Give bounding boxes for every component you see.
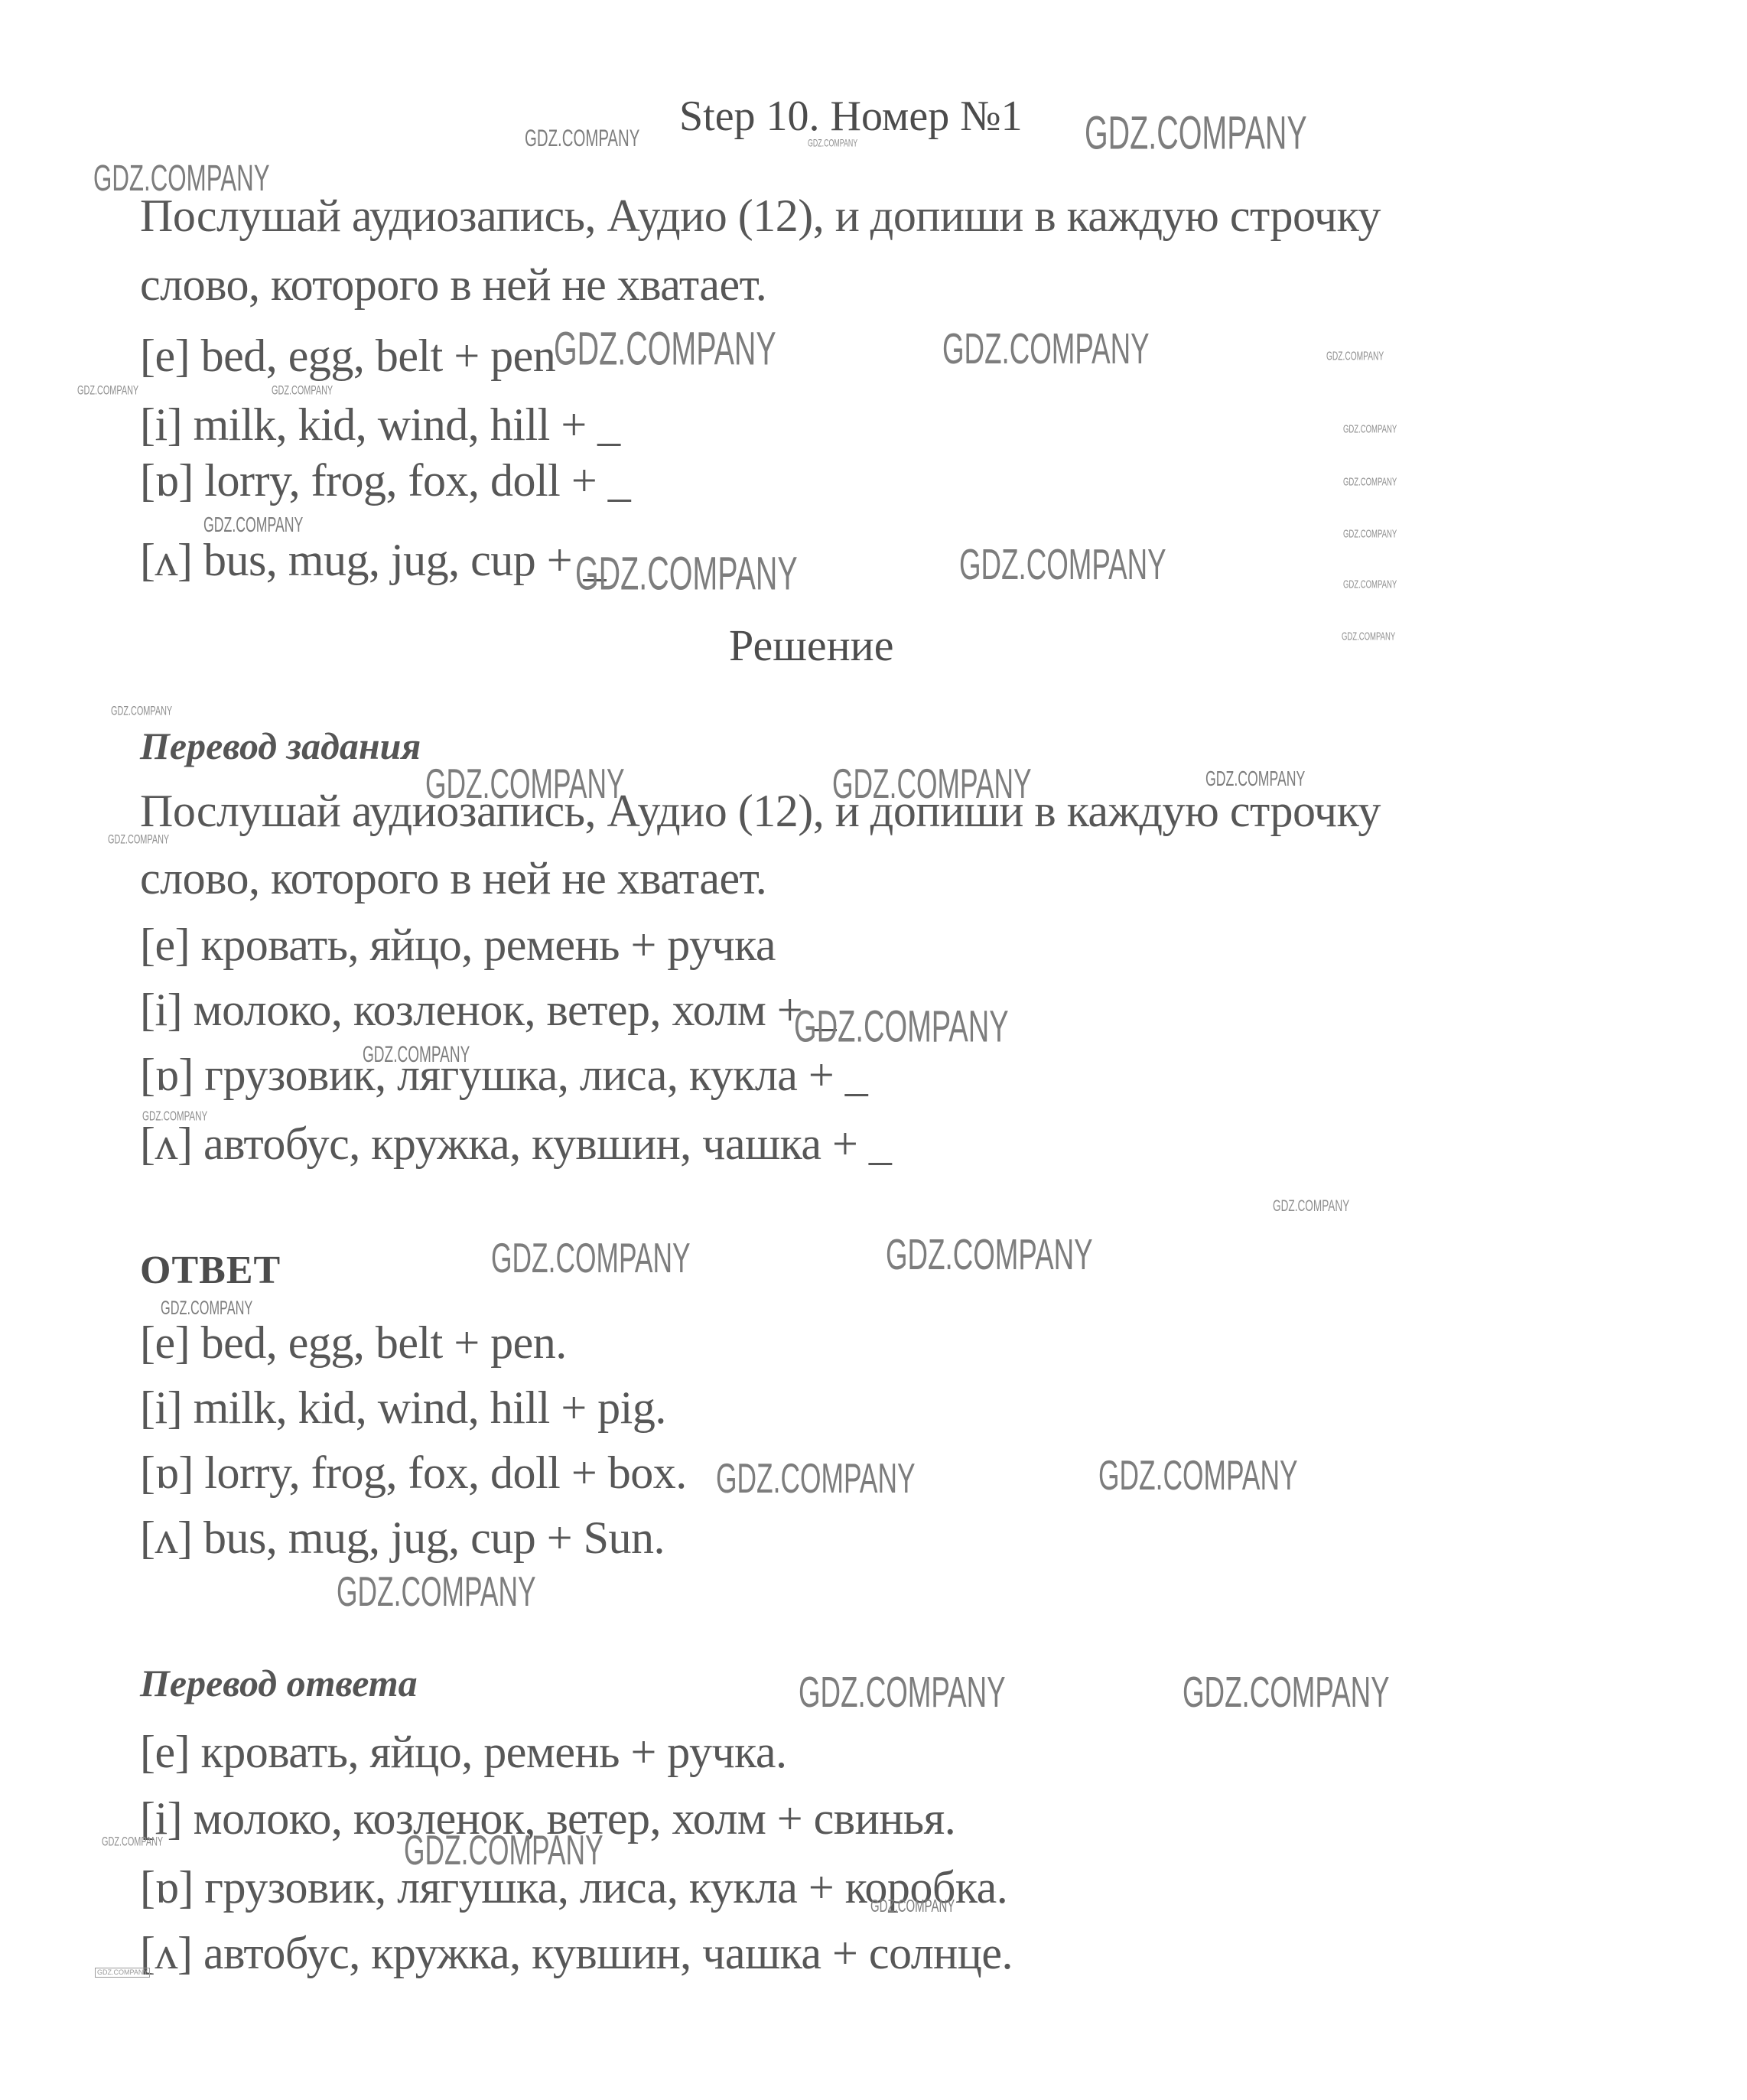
watermark-text: GDZ.COMPANY (959, 543, 1166, 587)
watermark-text: GDZ.COMPANY (799, 1671, 1006, 1714)
watermark-text: GDZ.COMPANY (1085, 110, 1307, 157)
watermark-text: GDZ.COMPANY (886, 1233, 1093, 1277)
watermark-text: GDZ.COMPANY (491, 1238, 691, 1280)
watermark-text: GDZ.COMPANY (1342, 630, 1395, 642)
answer-item-i: [i] milk, kid, wind, hill + pig. (140, 1385, 666, 1431)
watermark-text: GDZ.COMPANY (716, 1458, 916, 1500)
watermark-text: GDZ.COMPANY (554, 326, 776, 373)
task-intro-line1: Послушай аудиозапись, Аудио (12), и допи… (140, 193, 1381, 239)
watermark-text: GDZ.COMPANY (142, 1109, 207, 1123)
answer-translation-item-e: [e] кровать, яйцо, ремень + ручка. (140, 1729, 787, 1775)
watermark-text: GDZ.COMPANY (808, 138, 857, 148)
watermark-text: GDZ.COMPANY (794, 1004, 1009, 1049)
watermark-text: GDZ.COMPANY (575, 551, 798, 597)
task-translation-item-o: [ɒ] грузовик, лягушка, лиса, кукла + _ (140, 1052, 867, 1098)
watermark-text: GDZ.COMPANY (161, 1299, 252, 1318)
task-translation-heading: Перевод задания (140, 727, 421, 765)
watermark-text: GDZ.COMPANY (942, 327, 1150, 371)
watermark-text: GDZ.COMPANY (1273, 1198, 1349, 1214)
watermark-text: GDZ.COMPANY (363, 1043, 470, 1066)
solution-page: Step 10. Номер №1 Послушай аудиозапись, … (0, 0, 1747, 2100)
watermark-text: GDZ.COMPANY (525, 127, 639, 151)
task-intro-line2: слово, которого в ней не хватает. (140, 262, 766, 308)
answer-item-u: [ʌ] bus, mug, jug, cup + Sun. (140, 1515, 665, 1561)
task-translation-item-e: [e] кровать, яйцо, ремень + ручка (140, 922, 776, 968)
watermark-text: GDZ.COMPANY (1343, 476, 1397, 487)
watermark-text: GDZ.COMPANY (1326, 350, 1384, 363)
task-translation-intro-line1: Послушай аудиозапись, Аудио (12), и допи… (140, 788, 1381, 834)
watermark-text: GDZ.COMPANY (102, 1836, 163, 1849)
watermark-text: GDZ.COMPANY (95, 1968, 150, 1978)
solution-heading: Решение (729, 623, 893, 668)
watermark-text: GDZ.COMPANY (203, 514, 303, 535)
watermark-text: GDZ.COMPANY (1205, 768, 1305, 789)
task-translation-item-u: [ʌ] автобус, кружка, кувшин, чашка + _ (140, 1121, 891, 1167)
watermark-text: GDZ.COMPANY (337, 1571, 536, 1613)
watermark-text: GDZ.COMPANY (272, 385, 333, 398)
task-item-o: [ɒ] lorry, frog, fox, doll + _ (140, 457, 630, 503)
watermark-text: GDZ.COMPANY (1098, 1455, 1298, 1497)
watermark-text: GDZ.COMPANY (108, 834, 169, 847)
task-translation-intro-line2: слово, которого в ней не хватает. (140, 855, 766, 901)
answer-item-e: [e] bed, egg, belt + pen. (140, 1320, 567, 1366)
task-translation-item-i: [i] молоко, козленок, ветер, холм + _ (140, 987, 836, 1033)
task-item-u: [ʌ] bus, mug, jug, cup + _ (140, 537, 606, 583)
watermark-text: GDZ.COMPANY (1343, 528, 1397, 539)
task-item-e: [e] bed, egg, belt + pen (140, 333, 555, 379)
watermark-text: GDZ.COMPANY (870, 1897, 955, 1915)
watermark-text: GDZ.COMPANY (832, 763, 1032, 806)
answer-heading: ОТВЕТ (140, 1251, 281, 1291)
watermark-text: GDZ.COMPANY (111, 705, 172, 718)
watermark-text: GDZ.COMPANY (77, 385, 138, 398)
watermark-text: GDZ.COMPANY (93, 159, 270, 196)
watermark-text: GDZ.COMPANY (1183, 1671, 1390, 1714)
watermark-text: GDZ.COMPANY (1343, 423, 1397, 435)
watermark-text: GDZ.COMPANY (404, 1830, 603, 1872)
answer-translation-heading: Перевод ответа (140, 1664, 418, 1702)
answer-item-o: [ɒ] lorry, frog, fox, doll + box. (140, 1450, 687, 1496)
page-title: Step 10. Номер №1 (679, 95, 1023, 138)
watermark-text: GDZ.COMPANY (1343, 578, 1397, 590)
task-item-i: [i] milk, kid, wind, hill + _ (140, 402, 620, 448)
answer-translation-item-u: [ʌ] автобус, кружка, кувшин, чашка + сол… (140, 1930, 1013, 1976)
watermark-text: GDZ.COMPANY (425, 763, 625, 806)
